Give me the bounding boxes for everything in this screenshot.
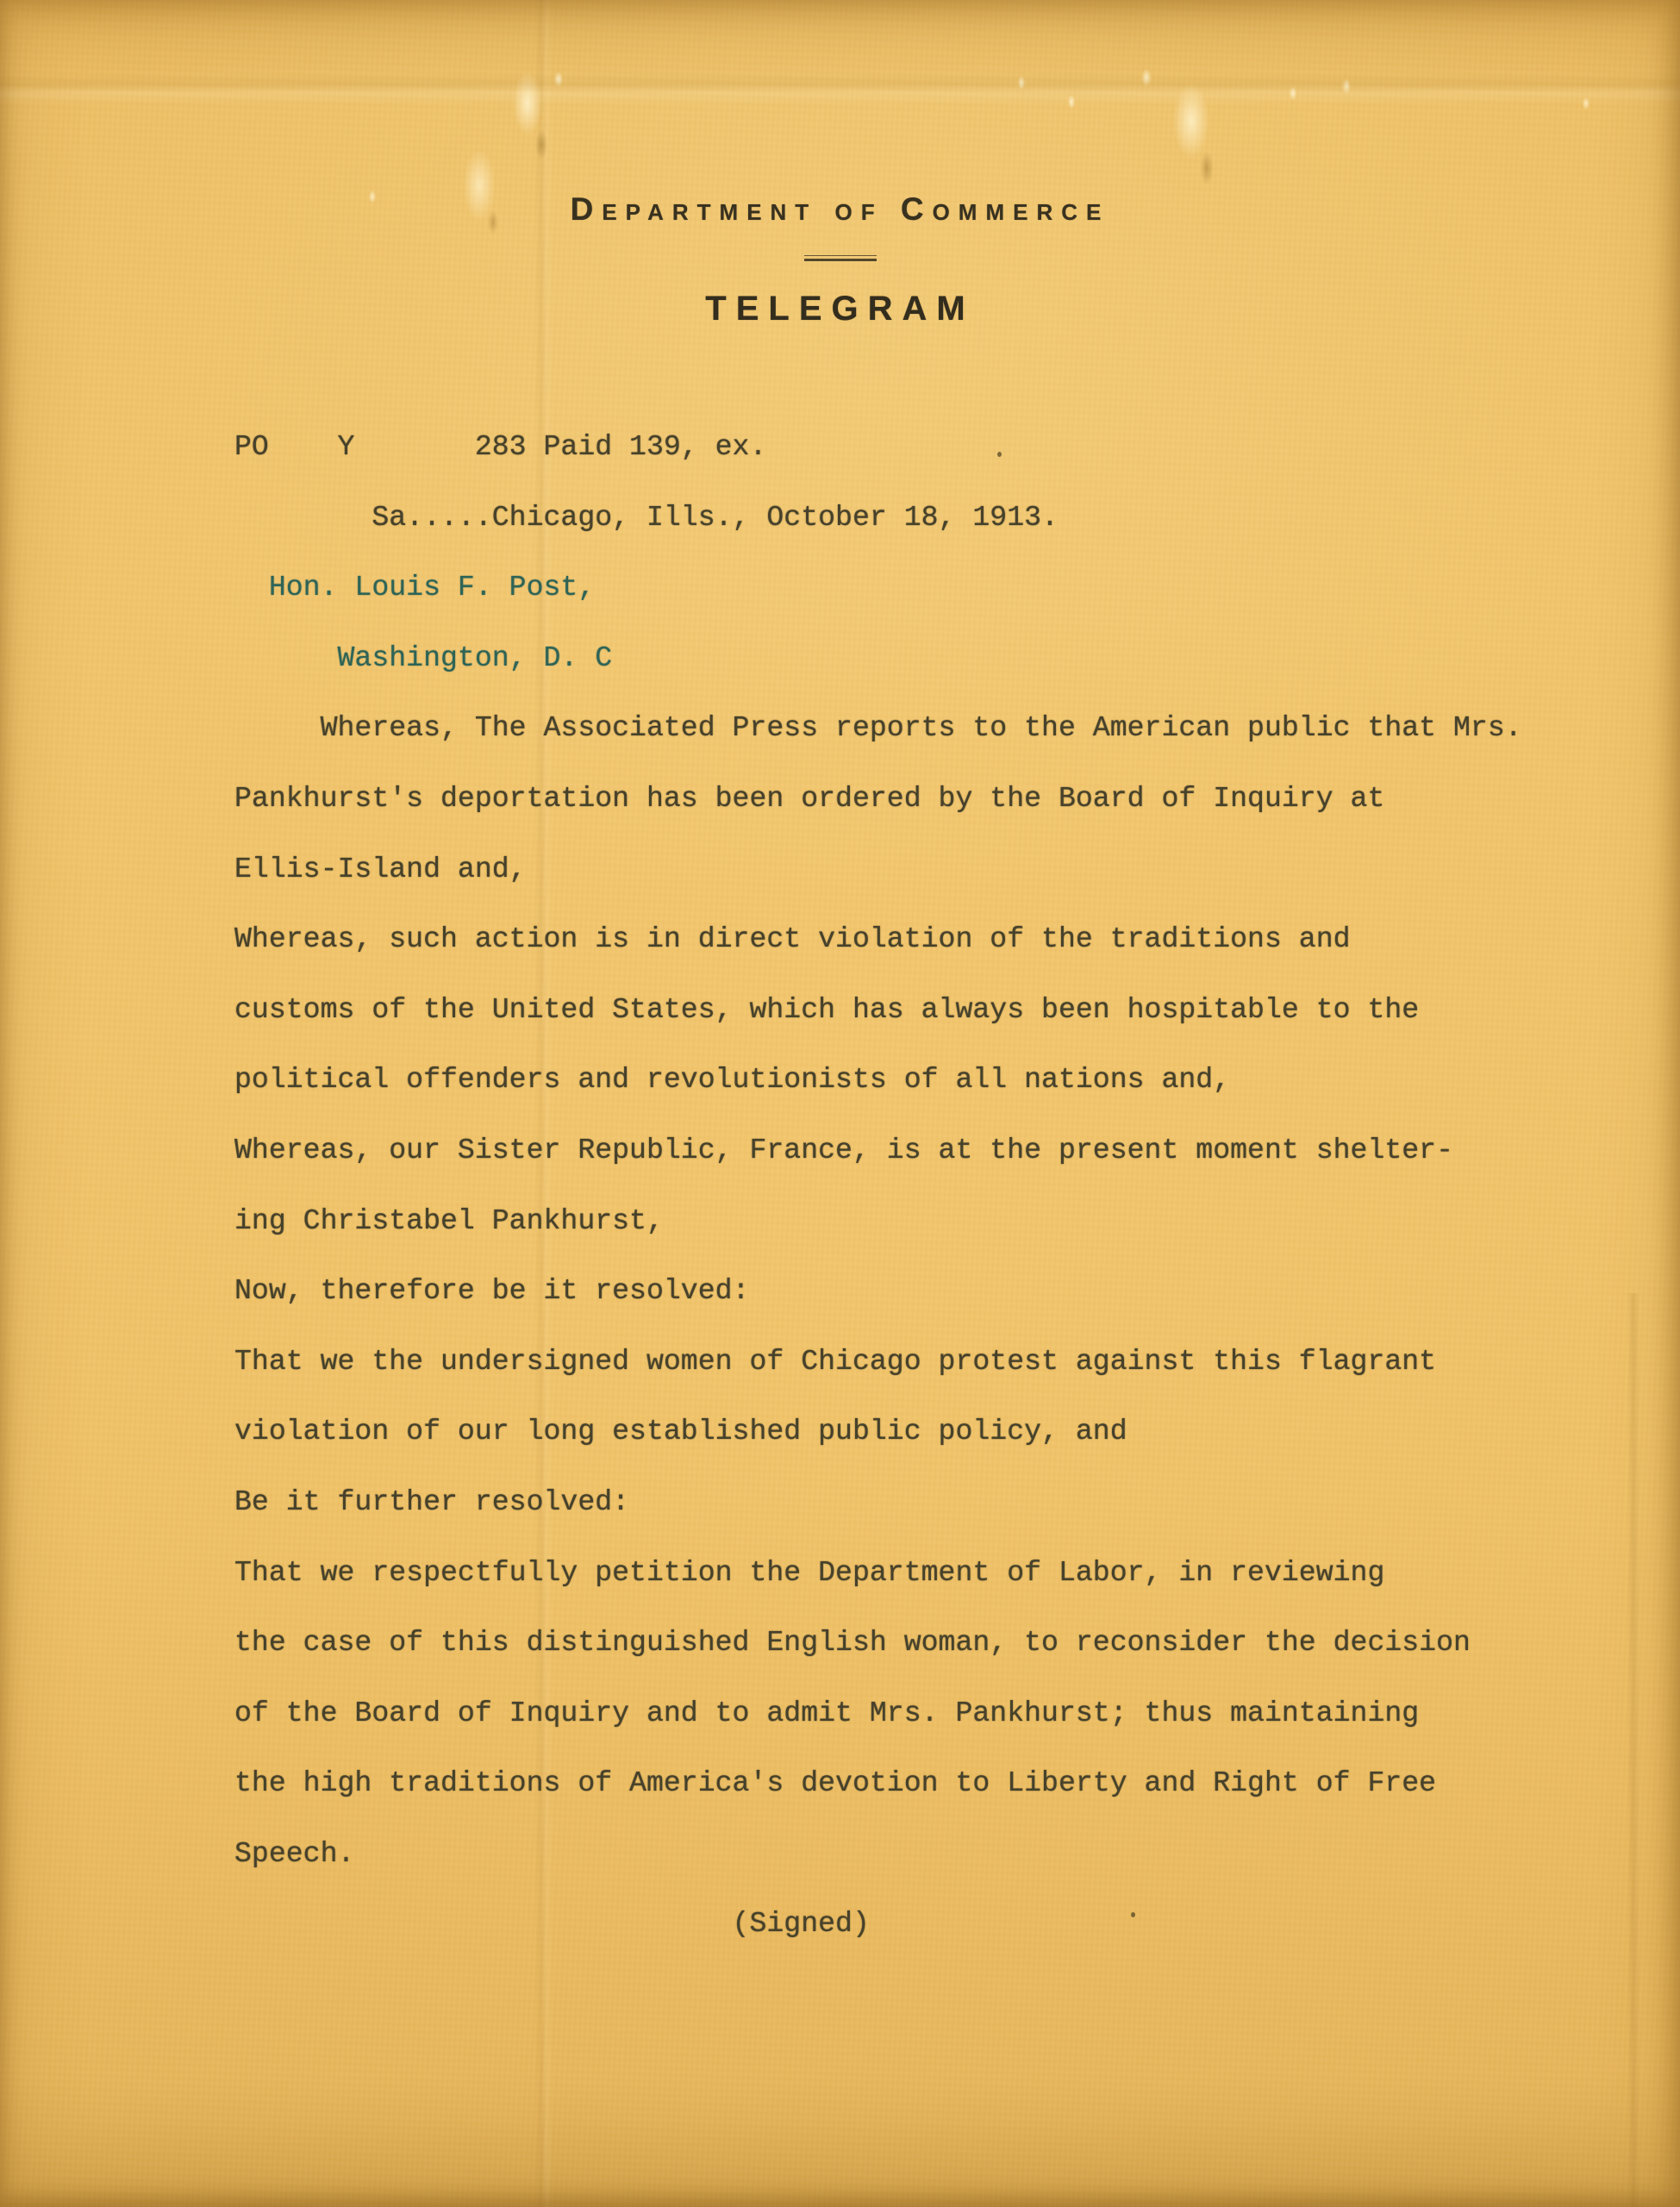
body-line: the case of this distinguished English w… bbox=[234, 1608, 1522, 1679]
body-line: Now, therefore be it resolved: bbox=[234, 1256, 1522, 1327]
body-line: Whereas, our Sister Republic, France, is… bbox=[234, 1116, 1522, 1186]
paper-fold-right bbox=[1627, 1293, 1639, 2207]
body-line: of the Board of Inquiry and to admit Mrs… bbox=[234, 1679, 1522, 1749]
header-divider-rule bbox=[804, 255, 877, 261]
routing-line: PO Y 283 Paid 139, ex. bbox=[234, 412, 1522, 483]
body-line: the high traditions of America's devotio… bbox=[234, 1748, 1522, 1819]
origin-date-line: Sa.....Chicago, Ills., October 18, 1913. bbox=[234, 483, 1522, 553]
body-line: Whereas, The Associated Press reports to… bbox=[234, 693, 1522, 764]
body-line: ing Christabel Pankhurst, bbox=[234, 1186, 1522, 1257]
body-line: Speech. bbox=[234, 1819, 1522, 1890]
telegram-document: Department of Commerce TELEGRAM PO Y 283… bbox=[0, 0, 1680, 2207]
body-line: customs of the United States, which has … bbox=[234, 975, 1522, 1046]
body-line: Pankhurst's deportation has been ordered… bbox=[234, 764, 1522, 835]
addressee-line: Hon. Louis F. Post, bbox=[234, 553, 1522, 623]
body-line: That we respectfully petition the Depart… bbox=[234, 1538, 1522, 1609]
body-line: political offenders and revolutionists o… bbox=[234, 1045, 1522, 1116]
body-line: Whereas, such action is in direct violat… bbox=[234, 904, 1522, 975]
header-department-of-commerce: Department of Commerce bbox=[0, 191, 1680, 228]
telegram-body: PO Y 283 Paid 139, ex. Sa.....Chicago, I… bbox=[234, 412, 1522, 1960]
body-line: That we the undersigned women of Chicago… bbox=[234, 1327, 1522, 1397]
body-line: Ellis-Island and, bbox=[234, 835, 1522, 905]
address-city-line: Washington, D. C bbox=[234, 623, 1522, 694]
header-telegram-title: TELEGRAM bbox=[0, 290, 1680, 328]
body-line: violation of our long established public… bbox=[234, 1397, 1522, 1467]
body-line: Be it further resolved: bbox=[234, 1467, 1522, 1538]
signed-line: (Signed) bbox=[234, 1889, 1522, 1960]
